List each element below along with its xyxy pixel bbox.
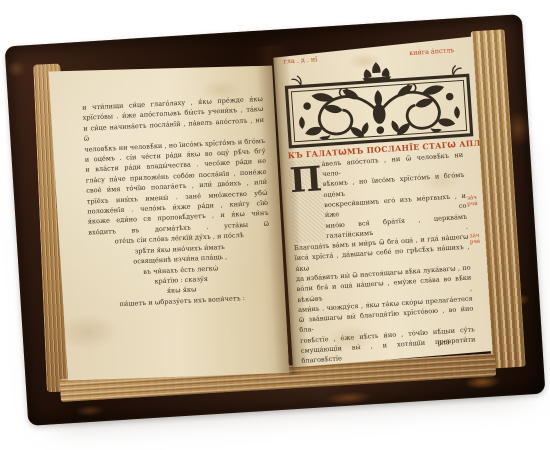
antique-book: и чти́лищи си́це глаго́лаху , я́кѡ пре́ж…: [5, 14, 546, 426]
opening-paragraph: П а́велъ апо́столъ , ни ѿ человѣ́къ ни ч…: [288, 149, 468, 243]
photo-background: и чти́лищи си́це глаго́лаху , я́кѡ пре́ж…: [0, 0, 550, 450]
text-line: е́же прїя́сте , ана́ѳема да бу́детъ . па…: [306, 417, 481, 439]
zachalo-number: рчи́: [464, 201, 480, 208]
first-lines-beside-cap: а́велъ апо́столъ , ни ѿ человѣ́къ ни чел…: [321, 149, 468, 241]
running-header-right: кни́га а́пстлъ: [409, 46, 454, 57]
headpiece-woodcut-ornament: [282, 55, 475, 150]
drop-cap-initial: П: [288, 159, 326, 243]
folio-number: рла́: [437, 337, 450, 348]
text-line: па́ки глаго́лю , а́ще кто́ ва́мъ благовѣ…: [305, 406, 480, 428]
right-page-body-lines: Благода́ть ва́мъ и ми́ръ ѿ бга́ оца́ , и…: [294, 232, 482, 439]
zachalo-margin-note: за́ч рчи́: [464, 195, 481, 209]
zachalo-margin-note: за́ч рчѳ́: [466, 233, 483, 247]
left-page-taper-lines: оте́цъ сі́и сло́въ ле́гкїй ду́хъ , и по́…: [89, 229, 273, 311]
right-page-content: гла . д . нї кни́га а́пстлъ: [281, 44, 476, 359]
right-page: гла . д . нї кни́га а́пстлъ: [271, 35, 494, 368]
left-page: и чти́лищи си́це глаго́лаху , я́кѡ пре́ж…: [48, 55, 289, 384]
left-page-justified-lines: и чти́лищи си́це глаго́лаху , я́кѡ пре́ж…: [82, 94, 269, 238]
running-header-left: гла . д . нї: [283, 55, 317, 65]
zachalo-number: рчѳ́: [467, 239, 483, 246]
left-page-text-block: и чти́лищи си́це глаго́лаху , я́кѡ пре́ж…: [82, 94, 276, 373]
lectionary-rubric: суббѡ́та , гі́ . бра́тїе , благода́ть ва…: [307, 428, 482, 450]
